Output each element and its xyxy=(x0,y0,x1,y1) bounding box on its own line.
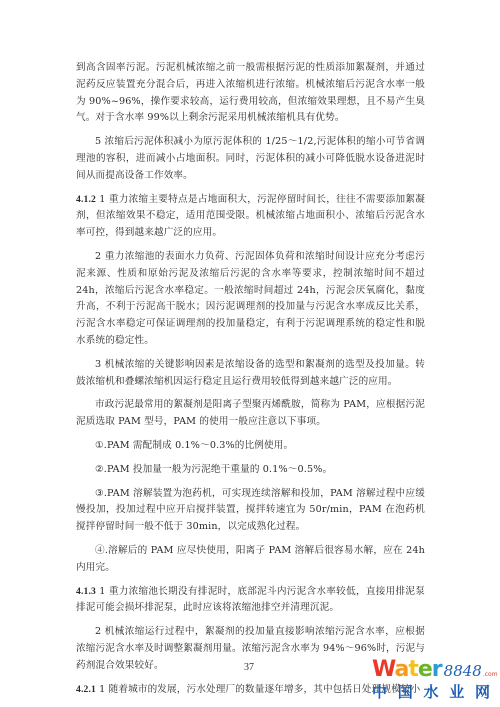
paragraph-text: 1 重力浓缩池长期没有排泥时，底部泥斗内污泥含水率较低，直接用排泥泵排泥可能会损… xyxy=(76,586,425,614)
section-number: 4.1.3 xyxy=(76,586,96,597)
paragraph-p4: 2 重力浓缩池的表面水力负荷、污泥固体负荷和浓缩时间设计应充分考虑污泥来源、性质… xyxy=(76,249,425,350)
paragraph-p11: 4.1.3 1 重力浓缩池长期没有排泥时，底部泥斗内污泥含水率较低，直接用排泥泵… xyxy=(76,584,425,618)
document-page: 到高含固率污泥。污泥机械浓缩之前一般需根据污泥的性质添加絮凝剂，并通过泥药反应装… xyxy=(76,60,425,705)
logo-cn-char: 中 xyxy=(372,683,387,701)
paragraph-p6: 市政污泥最常用的絮凝剂是阳离子型聚丙烯酰胺，简称为 PAM，应根据污泥泥质选取 … xyxy=(76,397,425,431)
logo-letter-a: a xyxy=(394,657,408,682)
paragraph-text: ③.PAM 溶解装置为泡药机，可实现连续溶解和投加，PAM 溶解过程中应缓慢投加… xyxy=(76,488,425,533)
logo-letter-e: e xyxy=(418,657,432,682)
logo-number: 8848 xyxy=(444,660,482,682)
list-item-4: ④.溶解后的 PAM 应尽快使用，阳离子 PAM 溶解后很容易水解，应在 24h… xyxy=(76,543,425,577)
paragraph-p2: 5 浓缩后污泥体积减小为原污泥体积的 1/25～1/2,污泥体积的缩小可节省调理… xyxy=(76,134,425,184)
list-item-2: ②.PAM 投加量一般为污泥绝干重量的 0.1%～0.5%。 xyxy=(76,462,425,479)
paragraph-p3: 4.1.2 1 重力浓缩主要特点是占地面积大，污泥停留时间长，往往不需要添加絮凝… xyxy=(76,192,425,242)
paragraph-text: 到高含固率污泥。污泥机械浓缩之前一般需根据污泥的性质添加絮凝剂，并通过泥药反应装… xyxy=(76,62,425,123)
list-item-1: ①.PAM 需配制成 0.1%～0.3%的比例使用。 xyxy=(76,438,425,455)
logo-domain-suffix: .com xyxy=(483,671,498,678)
logo-cn-char: 网 xyxy=(475,683,490,701)
paragraph-p5: 3 机械浓缩的关键影响因素是浓缩设备的选型和絮凝剂的选型及投加量。转鼓浓缩机和叠… xyxy=(76,357,425,391)
logo-wordmark: Water 8848 .com xyxy=(372,659,500,681)
logo-letter-w: W xyxy=(372,657,394,682)
paragraph-text: 3 机械浓缩的关键影响因素是浓缩设备的选型和絮凝剂的选型及投加量。转鼓浓缩机和叠… xyxy=(76,359,425,387)
paragraph-text: 2 重力浓缩池的表面水力负荷、污泥固体负荷和浓缩时间设计应充分考虑污泥来源、性质… xyxy=(76,251,425,346)
paragraph-p1: 到高含固率污泥。污泥机械浓缩之前一般需根据污泥的性质添加絮凝剂，并通过泥药反应装… xyxy=(76,60,425,127)
paragraph-text: ④.溶解后的 PAM 应尽快使用，阳离子 PAM 溶解后很容易水解，应在 24h… xyxy=(76,545,425,573)
section-number: 4.1.2 xyxy=(76,194,96,205)
paragraph-text: 1 重力浓缩主要特点是占地面积大，污泥停留时间长，往往不需要添加絮凝剂，但浓缩效… xyxy=(76,194,425,239)
logo-letter-r: r xyxy=(432,657,442,682)
paragraph-text: 5 浓缩后污泥体积减小为原污泥体积的 1/25～1/2,污泥体积的缩小可节省调理… xyxy=(76,136,425,181)
logo-cn-char: 水 xyxy=(423,683,438,701)
logo-letter-t: t xyxy=(408,657,418,682)
paragraph-text: ①.PAM 需配制成 0.1%～0.3%的比例使用。 xyxy=(95,440,293,451)
list-item-3: ③.PAM 溶解装置为泡药机，可实现连续溶解和投加，PAM 溶解过程中应缓慢投加… xyxy=(76,486,425,536)
logo-cn-char: 国 xyxy=(398,683,413,701)
section-number: 4.2.1 xyxy=(76,684,96,695)
watermark-logo: Water 8848 .com 中 国 水 业 网 xyxy=(372,659,500,705)
paragraph-text: ②.PAM 投加量一般为污泥绝干重量的 0.1%～0.5%。 xyxy=(95,464,332,475)
logo-word: Water xyxy=(372,659,442,681)
logo-cn-char: 业 xyxy=(449,683,464,701)
paragraph-text: 市政污泥最常用的絮凝剂是阳离子型聚丙烯酰胺，简称为 PAM，应根据污泥泥质选取 … xyxy=(76,399,425,427)
logo-chinese-name: 中 国 水 业 网 xyxy=(372,683,490,701)
page-number: 37 xyxy=(244,662,254,673)
